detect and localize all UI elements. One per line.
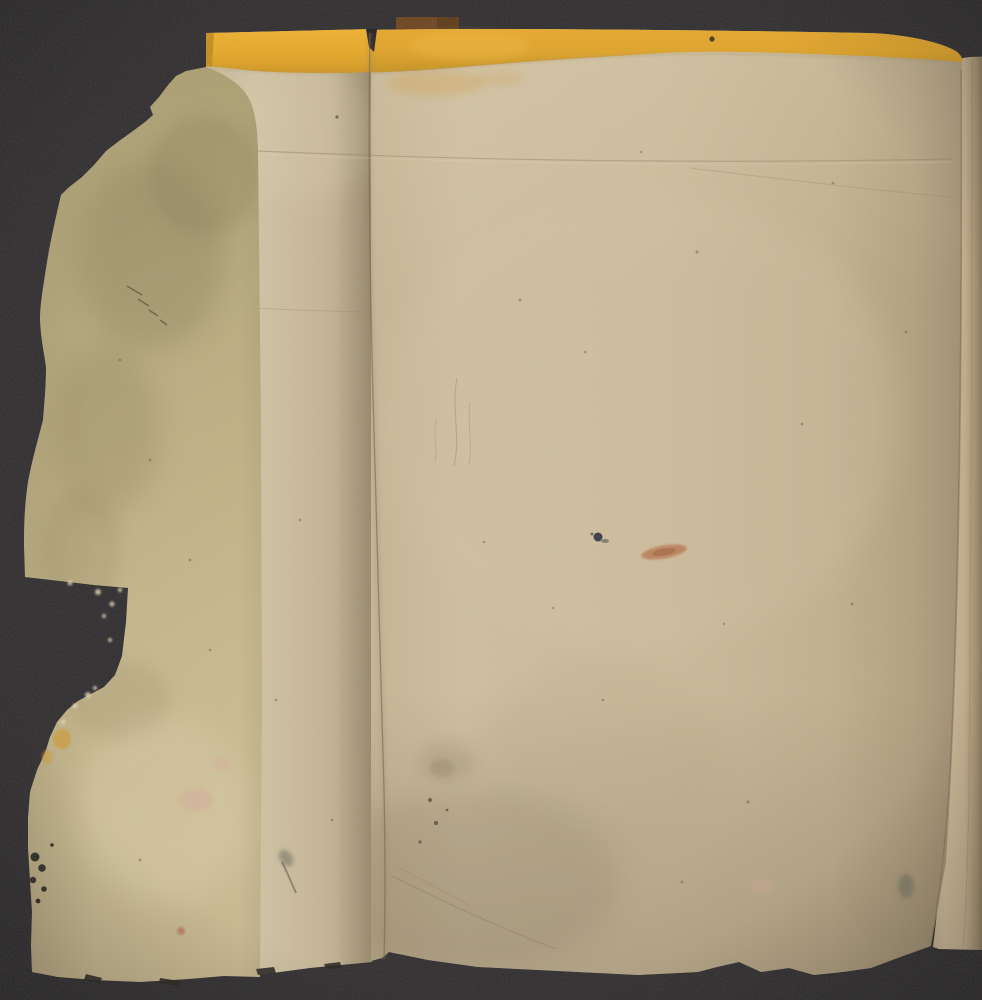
scan-grain-overlay bbox=[0, 0, 982, 1000]
manuscript-scan bbox=[0, 0, 982, 1000]
scan-viewport bbox=[0, 0, 982, 1000]
